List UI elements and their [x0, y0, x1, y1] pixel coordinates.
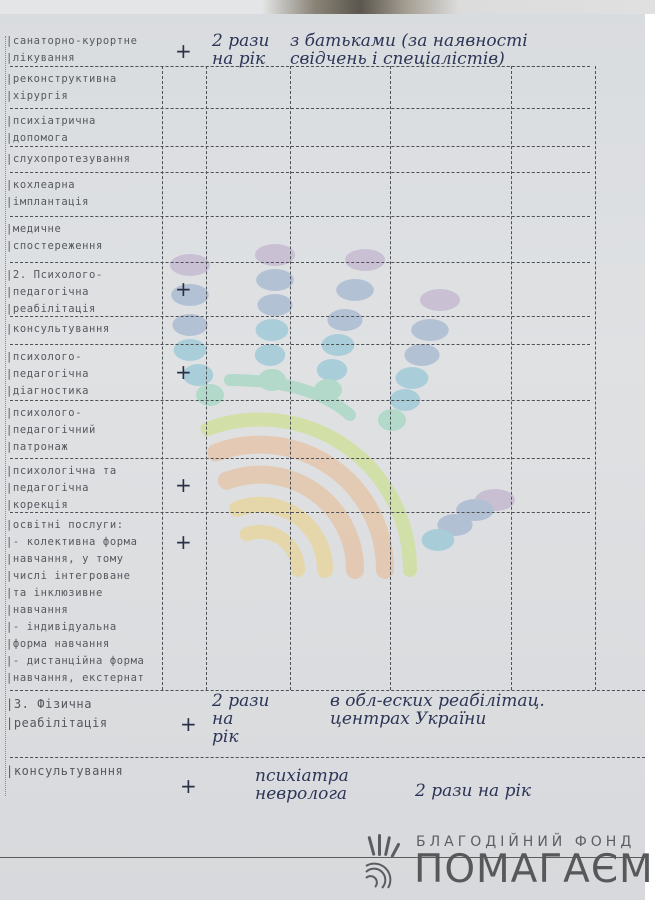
- column-divider: [511, 66, 512, 690]
- row-divider: [10, 216, 590, 217]
- row-label: |психіатрична |допомога: [6, 113, 96, 147]
- row-divider: [10, 400, 590, 401]
- row-label: |реконструктивна |хірургія: [6, 71, 117, 105]
- handwritten-period: психіатра невролога: [255, 767, 349, 803]
- row-divider: [10, 172, 590, 173]
- plus-mark: +: [175, 41, 192, 61]
- row-divider: [10, 757, 645, 758]
- row-divider: [10, 344, 590, 345]
- logo-name: ПОМАГАЄМ: [414, 848, 654, 892]
- hand-logo-icon: [360, 832, 416, 892]
- column-divider: [162, 66, 163, 690]
- column-divider: [595, 66, 596, 690]
- row-divider: [10, 690, 645, 691]
- handwritten-note: з батьками (за наявності свідчень і спец…: [290, 32, 528, 68]
- row-divider: [10, 262, 590, 263]
- row-divider: [10, 458, 590, 459]
- plus-mark: +: [180, 714, 197, 734]
- handwritten-period: 2 рази на рік: [212, 692, 269, 746]
- row-label: |кохлеарна |імплантація: [6, 177, 89, 211]
- plus-mark: +: [175, 475, 192, 495]
- plus-mark: +: [180, 776, 197, 796]
- photo-top-edge: [0, 0, 655, 14]
- row-label: |2. Психолого- |педагогічна |реабілітаці…: [6, 267, 103, 318]
- photo-right-edge: [645, 14, 655, 900]
- row-label: |санаторно-курортне |лікування: [6, 33, 138, 67]
- row-label: |3. Фізична |реабілітація: [6, 695, 108, 733]
- hand-rainbow-icon: [160, 240, 520, 600]
- row-label: |консультування: [6, 762, 123, 781]
- column-divider: [390, 66, 391, 690]
- column-divider: [290, 66, 291, 690]
- plus-mark: +: [175, 362, 192, 382]
- row-label: |психологічна та |педагогічна |корекція: [6, 463, 117, 514]
- row-divider: [10, 66, 590, 67]
- row-label: |медичне |спостереження: [6, 221, 103, 255]
- plus-mark: +: [175, 279, 192, 299]
- handwritten-note: в обл-еских реабілітац. центрах України: [330, 692, 545, 728]
- row-label: |консультування: [6, 321, 110, 338]
- handwritten-period: 2 рази на рік: [212, 32, 269, 68]
- row-label: |психолого- |педагогічна |діагностика: [6, 349, 89, 400]
- row-divider: [10, 108, 590, 109]
- plus-mark: +: [175, 532, 192, 552]
- column-divider: [206, 66, 207, 690]
- row-label: |слухопротезування: [6, 151, 131, 168]
- row-label: |психолого- |педагогічний |патронаж: [6, 405, 96, 456]
- row-label: |освітні послуги: |- колективна форма |н…: [6, 517, 144, 687]
- handwritten-note: 2 рази на рік: [415, 782, 531, 800]
- row-divider: [10, 146, 590, 147]
